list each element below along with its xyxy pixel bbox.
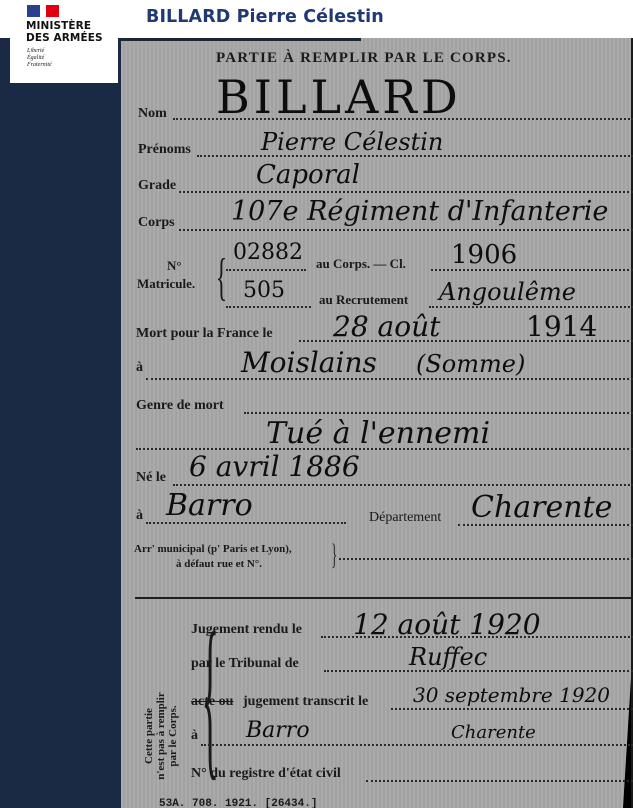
label-registre: N° du registre d'état civil [191, 766, 341, 782]
label-au-recrutement: au Recrutement [319, 292, 408, 308]
dotted-line [179, 229, 633, 231]
dotted-line [146, 378, 633, 380]
value-matricule-recrutement: 505 [243, 278, 285, 303]
dotted-line [366, 780, 633, 782]
dotted-line [429, 306, 633, 308]
value-tribunal: Ruffec [409, 643, 487, 671]
value-mort-date: 28 août [333, 310, 440, 343]
logo-text-line1: MINISTÈRE [26, 20, 91, 32]
value-matricule-corps: 02882 [233, 240, 303, 265]
label-corps: Corps [138, 215, 175, 231]
dotted-line [173, 484, 633, 486]
label-mort: Mort pour la France le [136, 326, 273, 342]
side-note: Cette partie n'est pas à remplir par le … [143, 666, 179, 806]
print-reference: 53A. 708. 1921. [26434.] [159, 798, 317, 808]
logo-motto-liberte: Liberté [27, 48, 44, 54]
dotted-line [339, 558, 633, 560]
value-jugement-rendu: 12 août 1920 [353, 608, 541, 641]
label-nom: Nom [138, 106, 167, 122]
dotted-line [391, 708, 633, 710]
label-matricule-no: N° [167, 258, 182, 274]
label-jugement-rendu: Jugement rendu le [191, 622, 302, 638]
label-prenoms: Prénoms [138, 142, 191, 158]
value-classe: 1906 [451, 240, 517, 270]
value-jugement-dept: Charente [451, 722, 536, 743]
ministere-logo[interactable]: MINISTÈRE DES ARMÉES Liberté Égalité Fra… [10, 0, 118, 83]
label-transcrit: jugement transcrit le [243, 694, 368, 710]
value-departement: Charente [471, 490, 612, 525]
value-recrutement-lieu: Angoulême [439, 278, 576, 306]
label-genre-mort: Genre de mort [136, 398, 224, 414]
brace: { [216, 248, 227, 307]
label-matricule: Matricule. [137, 276, 195, 292]
sidebar [0, 0, 121, 808]
value-grade: Caporal [256, 160, 360, 190]
dotted-line [201, 744, 633, 746]
viewer-top-border [121, 38, 361, 41]
logo-text-line2: DES ARMÉES [26, 32, 103, 44]
label-lieu-mort: à [136, 360, 143, 376]
value-lieu-naissance: Barro [166, 488, 253, 523]
label-au-corps: au Corps. — Cl. [316, 256, 406, 272]
value-lieu-mort: Moislains [241, 346, 377, 379]
label-tribunal: par le Tribunal de [191, 656, 299, 672]
value-transcrit: 30 septembre 1920 [413, 683, 610, 707]
logo-motto-egalite: Égalité [27, 55, 44, 61]
side-note-line2: n'est pas à remplir [155, 666, 167, 806]
label-departement: Département [369, 510, 441, 526]
value-prenoms: Pierre Célestin [261, 128, 443, 156]
value-lieu-mort-dept: (Somme) [416, 350, 525, 378]
value-genre-mort: Tué à l'ennemi [266, 416, 490, 451]
label-lieu-naissance: à [136, 508, 143, 524]
label-grade: Grade [138, 178, 176, 194]
label-ne-le: Né le [136, 470, 166, 486]
dotted-line [179, 191, 633, 193]
value-nom: BILLARD [216, 70, 462, 124]
document-scan-viewer[interactable]: PARTIE À REMPLIR PAR LE CORPS. Nom BILLA… [121, 38, 633, 808]
side-note-line1: Cette partie [143, 666, 155, 806]
value-jugement-lieu: Barro [246, 718, 310, 743]
dotted-line [226, 306, 311, 308]
label-arrondissement-2: à défaut rue et N°. [176, 558, 262, 570]
dotted-line [226, 269, 306, 271]
dotted-line [244, 412, 633, 414]
label-jugement-lieu: à [191, 728, 198, 744]
label-acte-ou: acte ou [191, 694, 233, 710]
page-title: BILLARD Pierre Célestin [146, 7, 384, 27]
form-heading: PARTIE À REMPLIR PAR LE CORPS. [216, 50, 512, 67]
value-mort-annee: 1914 [526, 310, 597, 343]
logo-motto-fraternite: Fraternité [27, 62, 52, 68]
value-corps: 107e Régiment d'Infanterie [231, 196, 608, 227]
brace: } [331, 538, 337, 572]
scan-shadow [623, 678, 631, 808]
french-flag-icon [27, 5, 59, 17]
side-note-line3: par le Corps. [167, 666, 179, 806]
label-arrondissement-1: Arr' municipal (p' Paris et Lyon), [134, 543, 292, 555]
value-naissance: 6 avril 1886 [189, 450, 360, 483]
